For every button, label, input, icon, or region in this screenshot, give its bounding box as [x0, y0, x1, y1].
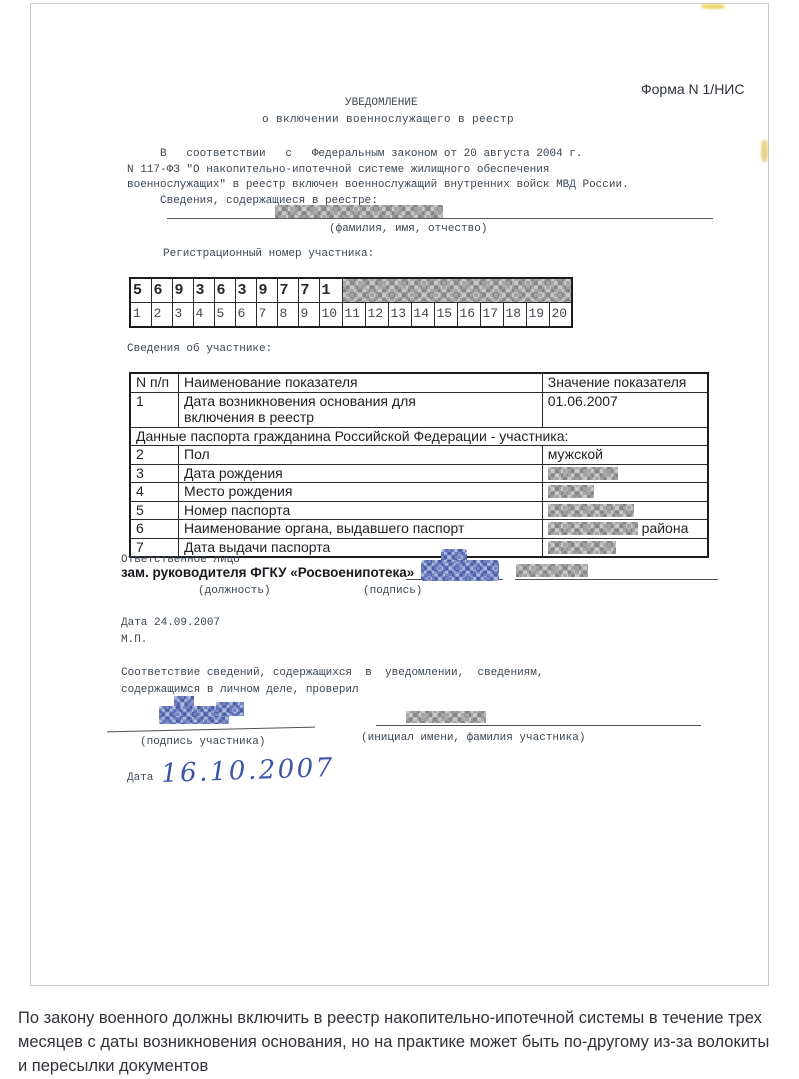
row-name: Наименование органа, выдавшего паспорт [179, 520, 543, 539]
header-num: N п/п [130, 373, 179, 392]
participant-signature-line [107, 727, 315, 733]
reg-digit-cell: 5 [130, 278, 151, 303]
reg-digit-cell: 3 [193, 278, 214, 303]
reg-index-cell: 11 [342, 303, 365, 328]
registration-index-row: 1 2 3 4 5 6 7 8 9 10 11 12 13 14 15 16 1… [130, 303, 572, 328]
row-value-suffix: района [642, 520, 689, 536]
reg-digit-cell: 7 [277, 278, 298, 303]
seal-placeholder: М.П. [121, 633, 147, 649]
row-num: 5 [130, 501, 179, 520]
name-underline [167, 218, 713, 219]
intro-line-2: N 117-ФЗ "О накопительно-ипотечной систе… [127, 163, 629, 179]
row-name: Пол [179, 446, 543, 465]
row-name: Номер паспорта [179, 501, 543, 520]
reg-index-cell: 2 [151, 303, 172, 328]
reg-digit-cell: 9 [172, 278, 193, 303]
participant-name-line [376, 725, 701, 726]
reg-digit-cell: 6 [151, 278, 172, 303]
reg-index-cell: 12 [365, 303, 388, 328]
row-value-redacted: района [542, 520, 708, 539]
reg-index-cell: 5 [214, 303, 235, 328]
reg-digit-cell: 7 [298, 278, 319, 303]
reg-index-cell: 13 [388, 303, 411, 328]
position-caption: (должность) [198, 584, 271, 600]
reg-index-cell: 19 [526, 303, 549, 328]
participant-name-caption: (инициал имени, фамилия участника) [361, 731, 585, 747]
registration-number-label: Регистрационный номер участника: [163, 247, 374, 263]
header-value: Значение показателя [542, 373, 708, 392]
reg-digit-cell: 9 [256, 278, 277, 303]
verification-text-line-1: Соответствие сведений, содержащихся в ув… [121, 666, 543, 682]
reg-index-cell: 15 [434, 303, 457, 328]
participant-info-label: Сведения об участнике: [127, 342, 272, 358]
intro-line-1: В соответствии с Федеральным законом от … [127, 147, 629, 163]
redaction-pixelation [548, 522, 638, 535]
reg-index-cell: 16 [457, 303, 480, 328]
redacted-participant-initials [406, 711, 486, 723]
table-header-row: N п/п Наименование показателя Значение п… [130, 373, 708, 392]
registration-digits-row: 5 6 9 3 6 3 9 7 7 1 [130, 278, 572, 303]
participant-details-table: N п/п Наименование показателя Значение п… [129, 372, 709, 558]
row-name: Дата рождения [179, 464, 543, 483]
redacted-participant-name [275, 205, 443, 218]
redacted-signature [441, 549, 467, 562]
row-value-redacted [542, 483, 708, 502]
table-section-row: Данные паспорта гражданина Российской Фе… [130, 427, 708, 446]
page-background: { "doc": { "form_number": "Форма N 1/НИС… [0, 0, 799, 1079]
row-num: 6 [130, 520, 179, 539]
verification-text-line-2: содержащимся в личном деле, проверил [121, 683, 359, 699]
redacted-signature [421, 560, 499, 581]
row-value-redacted [542, 501, 708, 520]
redacted-registration-digits [342, 278, 572, 303]
reg-index-cell: 6 [235, 303, 256, 328]
reg-digit-cell: 1 [319, 278, 342, 303]
reg-index-cell: 8 [277, 303, 298, 328]
scan-stain-top [701, 4, 725, 9]
row-value-redacted [542, 464, 708, 483]
redacted-participant-signature [216, 702, 244, 716]
redaction-pixelation [548, 504, 634, 517]
registration-number-grid: 5 6 9 3 6 3 9 7 7 1 1 2 3 4 5 6 7 8 9 10… [129, 277, 573, 328]
reg-digit-cell: 6 [214, 278, 235, 303]
row-num: 4 [130, 483, 179, 502]
redaction-pixelation [343, 279, 572, 302]
verification-date-label: Дата [127, 771, 153, 787]
table-row: 1 Дата возникновения основания для включ… [130, 392, 708, 427]
reg-index-cell: 10 [319, 303, 342, 328]
intro-paragraph: В соответствии с Федеральным законом от … [127, 147, 629, 209]
intro-line-3: военнослужащих" в реестр включен военнос… [127, 178, 629, 194]
reg-digit-cell: 3 [235, 278, 256, 303]
document-title: УВЕДОМЛЕНИЕ [345, 96, 418, 112]
responsible-position: зам. руководителя ФГКУ «Росвоенипотека» [121, 565, 414, 580]
document-subtitle: о включении военнослужащего в реестр [262, 113, 514, 129]
reg-index-cell: 14 [411, 303, 434, 328]
reg-index-cell: 9 [298, 303, 319, 328]
table-row: 4 Место рождения [130, 483, 708, 502]
table-row: 3 Дата рождения [130, 464, 708, 483]
reg-index-cell: 18 [503, 303, 526, 328]
handwritten-date: 16.10.2007 [161, 753, 336, 789]
row-name: Дата возникновения основания для включен… [179, 392, 543, 427]
passport-section-label: Данные паспорта гражданина Российской Фе… [130, 427, 708, 446]
reg-index-cell: 7 [256, 303, 277, 328]
name-caption: (фамилия, имя, отчество) [329, 222, 487, 238]
row-name: Место рождения [179, 483, 543, 502]
row-num: 2 [130, 446, 179, 465]
reg-index-cell: 1 [130, 303, 151, 328]
form-number: Форма N 1/НИС [641, 81, 744, 97]
reg-index-cell: 20 [549, 303, 572, 328]
header-name: Наименование показателя [179, 373, 543, 392]
redacted-signer-name [516, 564, 588, 577]
signing-date: Дата 24.09.2007 [121, 616, 220, 632]
reg-index-cell: 3 [172, 303, 193, 328]
table-row: 5 Номер паспорта [130, 501, 708, 520]
row-value: мужской [542, 446, 708, 465]
row-value-redacted [542, 538, 708, 557]
reg-index-cell: 4 [193, 303, 214, 328]
page-caption: По закону военного должны включить в рее… [18, 1006, 774, 1078]
row-num: 3 [130, 464, 179, 483]
reg-index-cell: 17 [480, 303, 503, 328]
row-num: 1 [130, 392, 179, 427]
table-row: 2 Пол мужской [130, 446, 708, 465]
scanned-document-page: Форма N 1/НИС УВЕДОМЛЕНИЕ о включении во… [30, 3, 769, 986]
redaction-pixelation [548, 485, 594, 498]
redaction-pixelation [548, 467, 618, 480]
participant-signature-caption: (подпись участника) [140, 735, 265, 751]
table-row: 6 Наименование органа, выдавшего паспорт… [130, 520, 708, 539]
scan-stain-right [761, 140, 768, 162]
signature-caption: (подпись) [363, 584, 422, 600]
row-value: 01.06.2007 [542, 392, 708, 427]
redaction-pixelation [548, 541, 616, 554]
signature-line [515, 579, 718, 580]
